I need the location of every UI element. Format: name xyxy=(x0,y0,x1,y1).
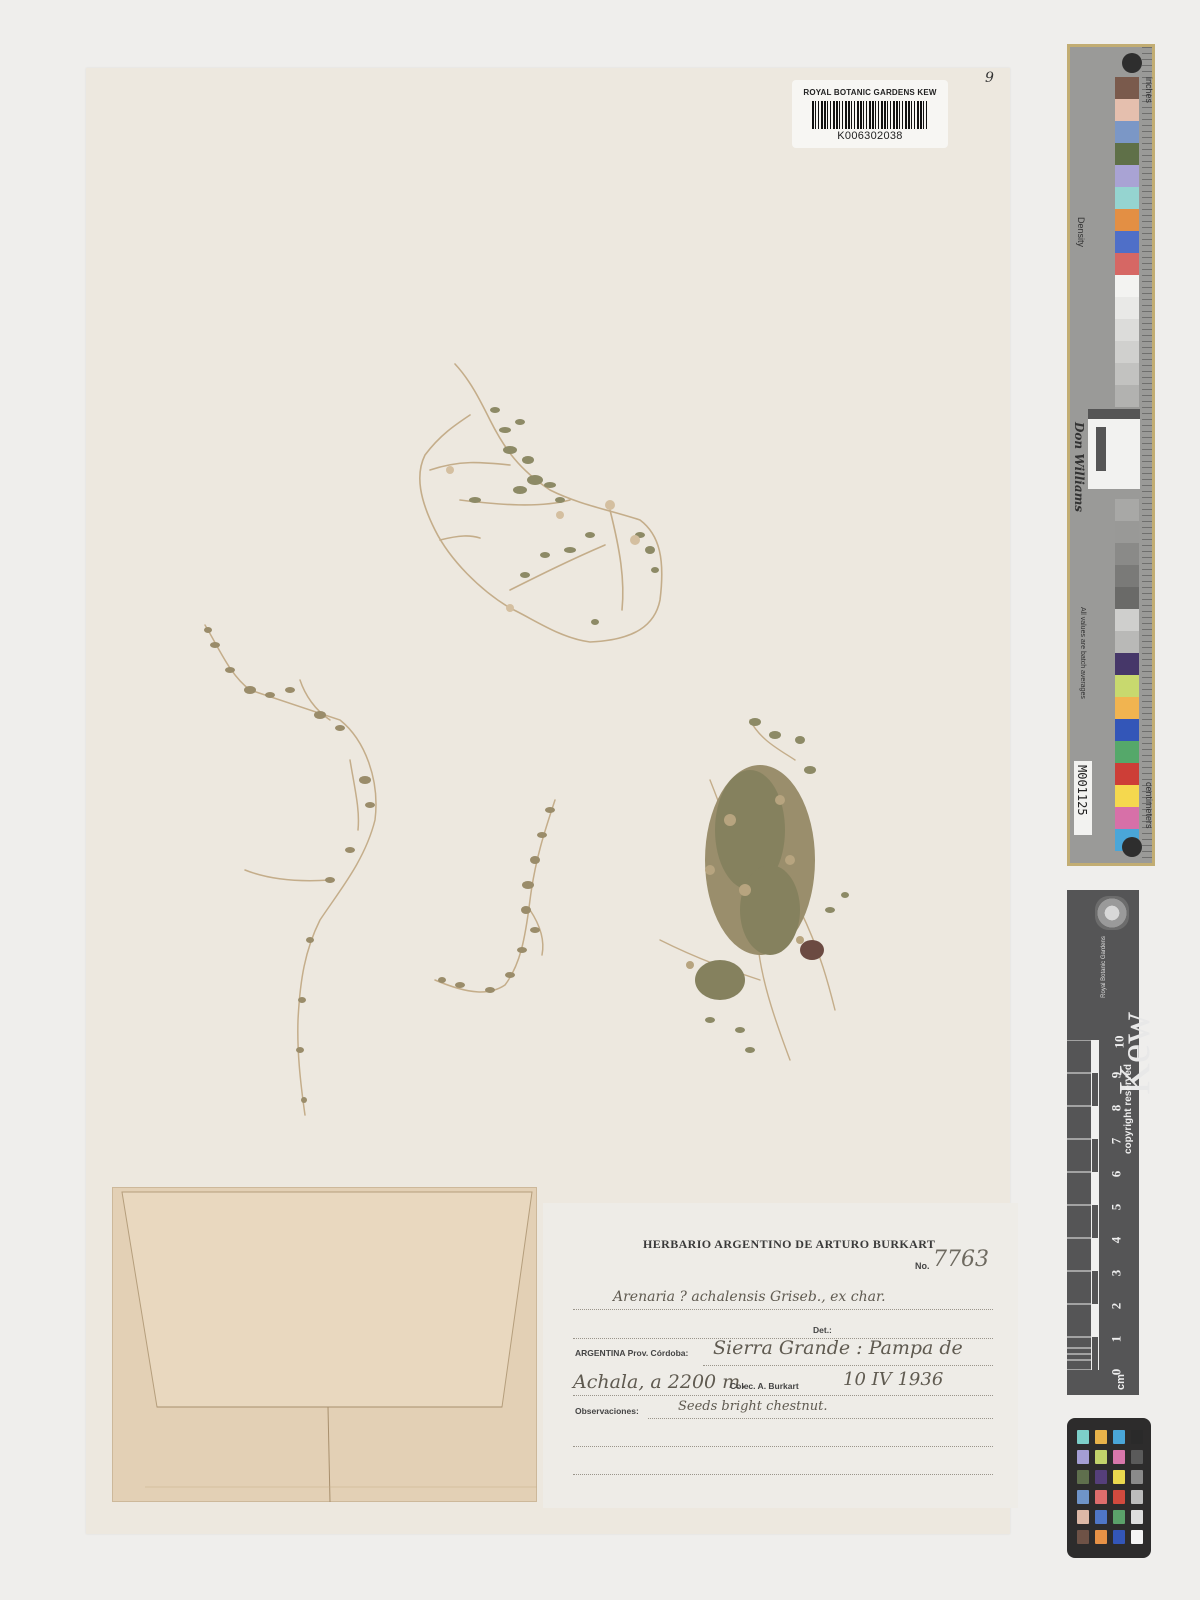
observations-text: Seeds bright chestnut. xyxy=(678,1399,828,1414)
cm-scale-bars xyxy=(1067,1040,1107,1370)
color-checker-card xyxy=(1067,1418,1151,1558)
color-patch xyxy=(1115,521,1139,543)
seed-envelope xyxy=(112,1187,537,1502)
cm-tick-label: 3 xyxy=(1108,1270,1124,1277)
blank-line-1 xyxy=(573,1446,993,1447)
number-label: No. xyxy=(915,1261,930,1271)
observations-line xyxy=(648,1418,993,1419)
color-patch xyxy=(1115,297,1139,319)
plant-specimen-middle xyxy=(430,790,580,1030)
cm-tick-label: 9 xyxy=(1108,1072,1124,1079)
color-patch xyxy=(1115,319,1139,341)
kew-crest-icon xyxy=(1095,896,1129,930)
number-value: 7763 xyxy=(933,1247,989,1272)
institution-name: ROYAL BOTANIC GARDENS KEW xyxy=(792,88,948,97)
color-patch xyxy=(1115,77,1139,99)
ruler-serial: M001125 xyxy=(1074,761,1092,835)
sheet-mark: 9 xyxy=(985,70,994,86)
checker-swatch xyxy=(1131,1530,1143,1544)
color-patch xyxy=(1115,187,1139,209)
kew-scale-bar: Kew Royal Botanic Gardens 012345678910 c… xyxy=(1067,890,1139,1395)
label-header: HERBARIO ARGENTINO DE ARTURO BURKART xyxy=(643,1237,935,1252)
barcode-label: ROYAL BOTANIC GARDENS KEW K006302038 xyxy=(792,80,948,148)
color-patch xyxy=(1115,385,1139,407)
ruler-hole-bottom xyxy=(1122,837,1142,857)
color-patch xyxy=(1115,741,1139,763)
ruler-density-label: Density xyxy=(1076,217,1086,247)
checker-swatch xyxy=(1131,1430,1143,1444)
ruler-inches-label: inches xyxy=(1144,77,1154,103)
color-patch xyxy=(1115,341,1139,363)
checker-swatch xyxy=(1113,1490,1125,1504)
collection-date: 10 IV 1936 xyxy=(843,1369,943,1390)
cm-tick-label: 5 xyxy=(1108,1204,1124,1211)
ruler-note: All values are batch averages xyxy=(1079,607,1086,699)
checker-swatch xyxy=(1113,1530,1125,1544)
checker-swatch xyxy=(1113,1450,1125,1464)
checker-swatch xyxy=(1113,1430,1125,1444)
blank-line-2 xyxy=(573,1474,993,1475)
copyright-text: copyright reserved xyxy=(1123,1064,1134,1154)
color-patch xyxy=(1115,631,1139,653)
color-patch xyxy=(1115,165,1139,187)
checker-swatch xyxy=(1113,1470,1125,1484)
checker-swatch xyxy=(1131,1470,1143,1484)
color-patch xyxy=(1115,99,1139,121)
color-patch xyxy=(1115,697,1139,719)
checker-swatch xyxy=(1095,1530,1107,1544)
checker-swatch xyxy=(1077,1430,1089,1444)
color-patches-top xyxy=(1115,77,1139,407)
locality-line-2: Achala, a 2200 m. xyxy=(573,1371,746,1393)
barcode-bars xyxy=(812,101,928,129)
ruler-cm-label: centimeters xyxy=(1144,782,1154,829)
plant-specimen-left xyxy=(190,620,400,1120)
checker-swatch xyxy=(1095,1490,1107,1504)
color-patch xyxy=(1115,209,1139,231)
cm-tick-label: 1 xyxy=(1108,1336,1124,1343)
barcode-number: K006302038 xyxy=(792,130,948,142)
color-patch xyxy=(1115,121,1139,143)
color-patch xyxy=(1115,565,1139,587)
checker-swatch xyxy=(1131,1510,1143,1524)
checker-swatch xyxy=(1077,1450,1089,1464)
cm-tick-label: 6 xyxy=(1108,1171,1124,1178)
color-patch xyxy=(1115,719,1139,741)
color-patch xyxy=(1115,763,1139,785)
ruler-scale-ticks xyxy=(1142,47,1152,863)
checker-swatch xyxy=(1077,1510,1089,1524)
checker-swatch xyxy=(1113,1510,1125,1524)
color-patch xyxy=(1115,807,1139,829)
resolution-target xyxy=(1088,419,1140,489)
color-patch xyxy=(1115,587,1139,609)
color-patch xyxy=(1115,363,1139,385)
taxon-line xyxy=(573,1309,993,1310)
color-patch xyxy=(1115,675,1139,697)
checker-swatch xyxy=(1131,1490,1143,1504)
collector-line xyxy=(573,1395,993,1396)
color-density-ruler: inches Density Don Williams All values a… xyxy=(1067,44,1155,866)
checker-swatch xyxy=(1077,1490,1089,1504)
kew-subtitle: Royal Botanic Gardens xyxy=(1101,936,1107,998)
taxon-name: Arenaria ? achalensis Griseb., ex char. xyxy=(613,1289,886,1305)
cm-tick-label: 2 xyxy=(1108,1303,1124,1310)
color-patch xyxy=(1115,653,1139,675)
plant-specimen-top xyxy=(410,360,680,660)
checker-swatch xyxy=(1095,1470,1107,1484)
color-patch xyxy=(1115,253,1139,275)
checker-swatch xyxy=(1095,1510,1107,1524)
color-patch xyxy=(1115,609,1139,631)
locality-line xyxy=(703,1365,993,1366)
cm-tick-label: 7 xyxy=(1108,1138,1124,1145)
color-patch xyxy=(1115,275,1139,297)
color-patch xyxy=(1115,231,1139,253)
collector-label: Colec. A. Burkart xyxy=(730,1381,799,1391)
color-patches-bottom xyxy=(1115,499,1139,851)
observations-label: Observaciones: xyxy=(575,1406,639,1416)
cm-tick-label: 8 xyxy=(1108,1105,1124,1112)
color-patch xyxy=(1115,143,1139,165)
checker-swatch xyxy=(1131,1450,1143,1464)
checker-swatch xyxy=(1095,1430,1107,1444)
cm-tick-label: 4 xyxy=(1108,1237,1124,1244)
checker-swatch xyxy=(1077,1530,1089,1544)
locality-prefix: ARGENTINA Prov. Córdoba: xyxy=(575,1348,688,1358)
det-label: Det.: xyxy=(813,1325,832,1335)
ruler-brand: Don Williams xyxy=(1072,422,1086,512)
cm-tick-label: 10 xyxy=(1112,1036,1128,1049)
checker-swatch xyxy=(1095,1450,1107,1464)
color-patch xyxy=(1115,499,1139,521)
ruler-band xyxy=(1088,409,1140,419)
checker-swatch xyxy=(1077,1470,1089,1484)
locality-line-1: Sierra Grande : Pampa de xyxy=(713,1337,963,1359)
color-patch xyxy=(1115,785,1139,807)
ruler-hole-top xyxy=(1122,53,1142,73)
plant-specimen-right xyxy=(650,710,860,1070)
cm-unit-label: cm xyxy=(1115,1374,1127,1390)
collection-label: HERBARIO ARGENTINO DE ARTURO BURKART No.… xyxy=(543,1203,1018,1508)
color-patch xyxy=(1115,543,1139,565)
